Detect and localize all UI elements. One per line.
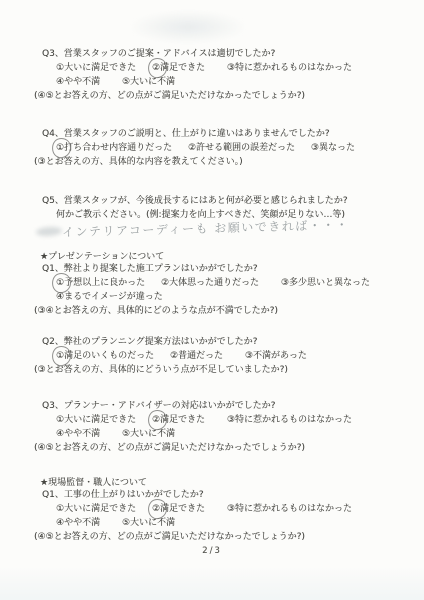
question-note: (④⑤とお答えの方、どの点がご満足いただけなかったでしょうか?) bbox=[0, 441, 424, 455]
option: ③特に惹かれるものはなかった bbox=[227, 502, 352, 516]
option: ④やや不満 bbox=[56, 427, 100, 441]
option: ②大体思った通りだった bbox=[161, 276, 259, 290]
option: ①大いに満足できた bbox=[56, 413, 136, 427]
question-block-presentation-q3: Q3、プランナー・アドバイザーの対応はいかがでしたか? ①大いに満足できた ②満… bbox=[0, 399, 424, 455]
option: ②普通だった bbox=[170, 349, 223, 363]
question-title: Q1、弊社より提案した施工プランはいかがでしたか? bbox=[0, 262, 424, 276]
option-label: ②満足できた bbox=[152, 63, 205, 73]
option-label: ②満足できた bbox=[152, 415, 205, 425]
option: ③不満があった bbox=[245, 349, 307, 363]
option: ⑤大いに不満 bbox=[122, 75, 175, 89]
option-label: ①満足のいくものだった bbox=[56, 351, 154, 361]
option: ③異なった bbox=[311, 141, 355, 155]
option: ④やや不満 bbox=[56, 516, 100, 530]
option-line: ④やや不満 ⑤大いに不満 bbox=[0, 427, 424, 441]
option-label: ①予想以上に良かった bbox=[56, 278, 145, 288]
option-selected: ①打ち合わせ内容通りだった bbox=[56, 141, 172, 155]
question-note: (③④とお答えの方、具体的にどのような点が不満でしたか?) bbox=[0, 304, 424, 318]
question-title: Q3、営業スタッフのご提案・アドバイスは適切でしたか? bbox=[0, 47, 424, 61]
option: ⑤大いに不満 bbox=[122, 516, 175, 530]
option-label: ①打ち合わせ内容通りだった bbox=[56, 143, 172, 153]
scan-shadow-band bbox=[0, 566, 424, 600]
question-block-site-q1: Q1、工事の仕上がりはいかがでしたか? ①大いに満足できた ②満足できた ③特に… bbox=[0, 488, 424, 544]
section-header-site-supervisor: ★現場監督・職人について bbox=[40, 475, 147, 488]
question-block-sales-q3: Q3、営業スタッフのご提案・アドバイスは適切でしたか? ①大いに満足できた ②満… bbox=[0, 47, 424, 103]
option-line: ④やや不満 ⑤大いに不満 bbox=[0, 75, 424, 89]
scan-smudge bbox=[128, 10, 248, 44]
section-header-presentation: ★プレゼンテーションについて bbox=[40, 249, 164, 262]
option-line: ①打ち合わせ内容通りだった ②許せる範囲の誤差だった ③異なった bbox=[0, 141, 424, 155]
pencil-scribble bbox=[36, 226, 63, 237]
question-note: (④⑤とお答えの方、どの点がご満足いただけなかったでしょうか?) bbox=[0, 89, 424, 103]
option: ①大いに満足できた bbox=[56, 61, 136, 75]
option: ③多少思いと異なった bbox=[281, 276, 370, 290]
option-line: ④やや不満 ⑤大いに不満 bbox=[0, 516, 424, 530]
question-note: (③とお答えの方、具体的な内容を教えてください。) bbox=[0, 155, 424, 169]
question-title: Q1、工事の仕上がりはいかがでしたか? bbox=[0, 488, 424, 502]
question-block-presentation-q2: Q2、弊社のプランニング提案方法はいかがでしたか? ①満足のいくものだった ②普… bbox=[0, 335, 424, 377]
option-line: ①予想以上に良かった ②大体思った通りだった ③多少思いと異なった bbox=[0, 276, 424, 290]
question-note: (③とお答えの方、具体的にどういう点が不足していましたか?) bbox=[0, 363, 424, 377]
option: ③特に惹かれるものはなかった bbox=[227, 413, 352, 427]
question-title: Q2、弊社のプランニング提案方法はいかがでしたか? bbox=[0, 335, 424, 349]
question-note: (④⑤とお答えの方、どの点がご満足いただけなかったでしょうか?) bbox=[0, 530, 424, 544]
option-selected: ②満足できた bbox=[152, 413, 205, 427]
option: ④まるでイメージが違った bbox=[56, 290, 163, 304]
scanned-survey-page: Q3、営業スタッフのご提案・アドバイスは適切でしたか? ①大いに満足できた ②満… bbox=[0, 0, 424, 600]
option: ④やや不満 bbox=[56, 75, 100, 89]
question-block-presentation-q1: Q1、弊社より提案した施工プランはいかがでしたか? ①予想以上に良かった ②大体… bbox=[0, 262, 424, 318]
question-title: Q5、営業スタッフが、今後成長するにはあと何が必要と感じられましたか? bbox=[0, 194, 424, 208]
option-line: ①大いに満足できた ②満足できた ③特に惹かれるものはなかった bbox=[0, 502, 424, 516]
option: ②許せる範囲の誤差だった bbox=[188, 141, 295, 155]
option-line: ①大いに満足できた ②満足できた ③特に惹かれるものはなかった bbox=[0, 413, 424, 427]
option-selected: ①満足のいくものだった bbox=[56, 349, 154, 363]
option: ⑤大いに不満 bbox=[122, 427, 175, 441]
option: ③特に惹かれるものはなかった bbox=[227, 61, 352, 75]
option-line: ①満足のいくものだった ②普通だった ③不満があった bbox=[0, 349, 424, 363]
question-block-sales-q4: Q4、営業スタッフのご説明と、仕上がりに違いはありませんでしたか? ①打ち合わせ… bbox=[0, 127, 424, 169]
page-number: 2/3 bbox=[0, 546, 424, 556]
question-title: Q4、営業スタッフのご説明と、仕上がりに違いはありませんでしたか? bbox=[0, 127, 424, 141]
option-label: ②満足できた bbox=[152, 504, 205, 514]
option-selected: ②満足できた bbox=[152, 61, 205, 75]
option-line: ④まるでイメージが違った bbox=[0, 290, 424, 304]
option-selected: ①予想以上に良かった bbox=[56, 276, 145, 290]
option-line: ①大いに満足できた ②満足できた ③特に惹かれるものはなかった bbox=[0, 61, 424, 75]
question-title: Q3、プランナー・アドバイザーの対応はいかがでしたか? bbox=[0, 399, 424, 413]
option-selected: ②満足できた bbox=[152, 502, 205, 516]
option: ①大いに満足できた bbox=[56, 502, 136, 516]
